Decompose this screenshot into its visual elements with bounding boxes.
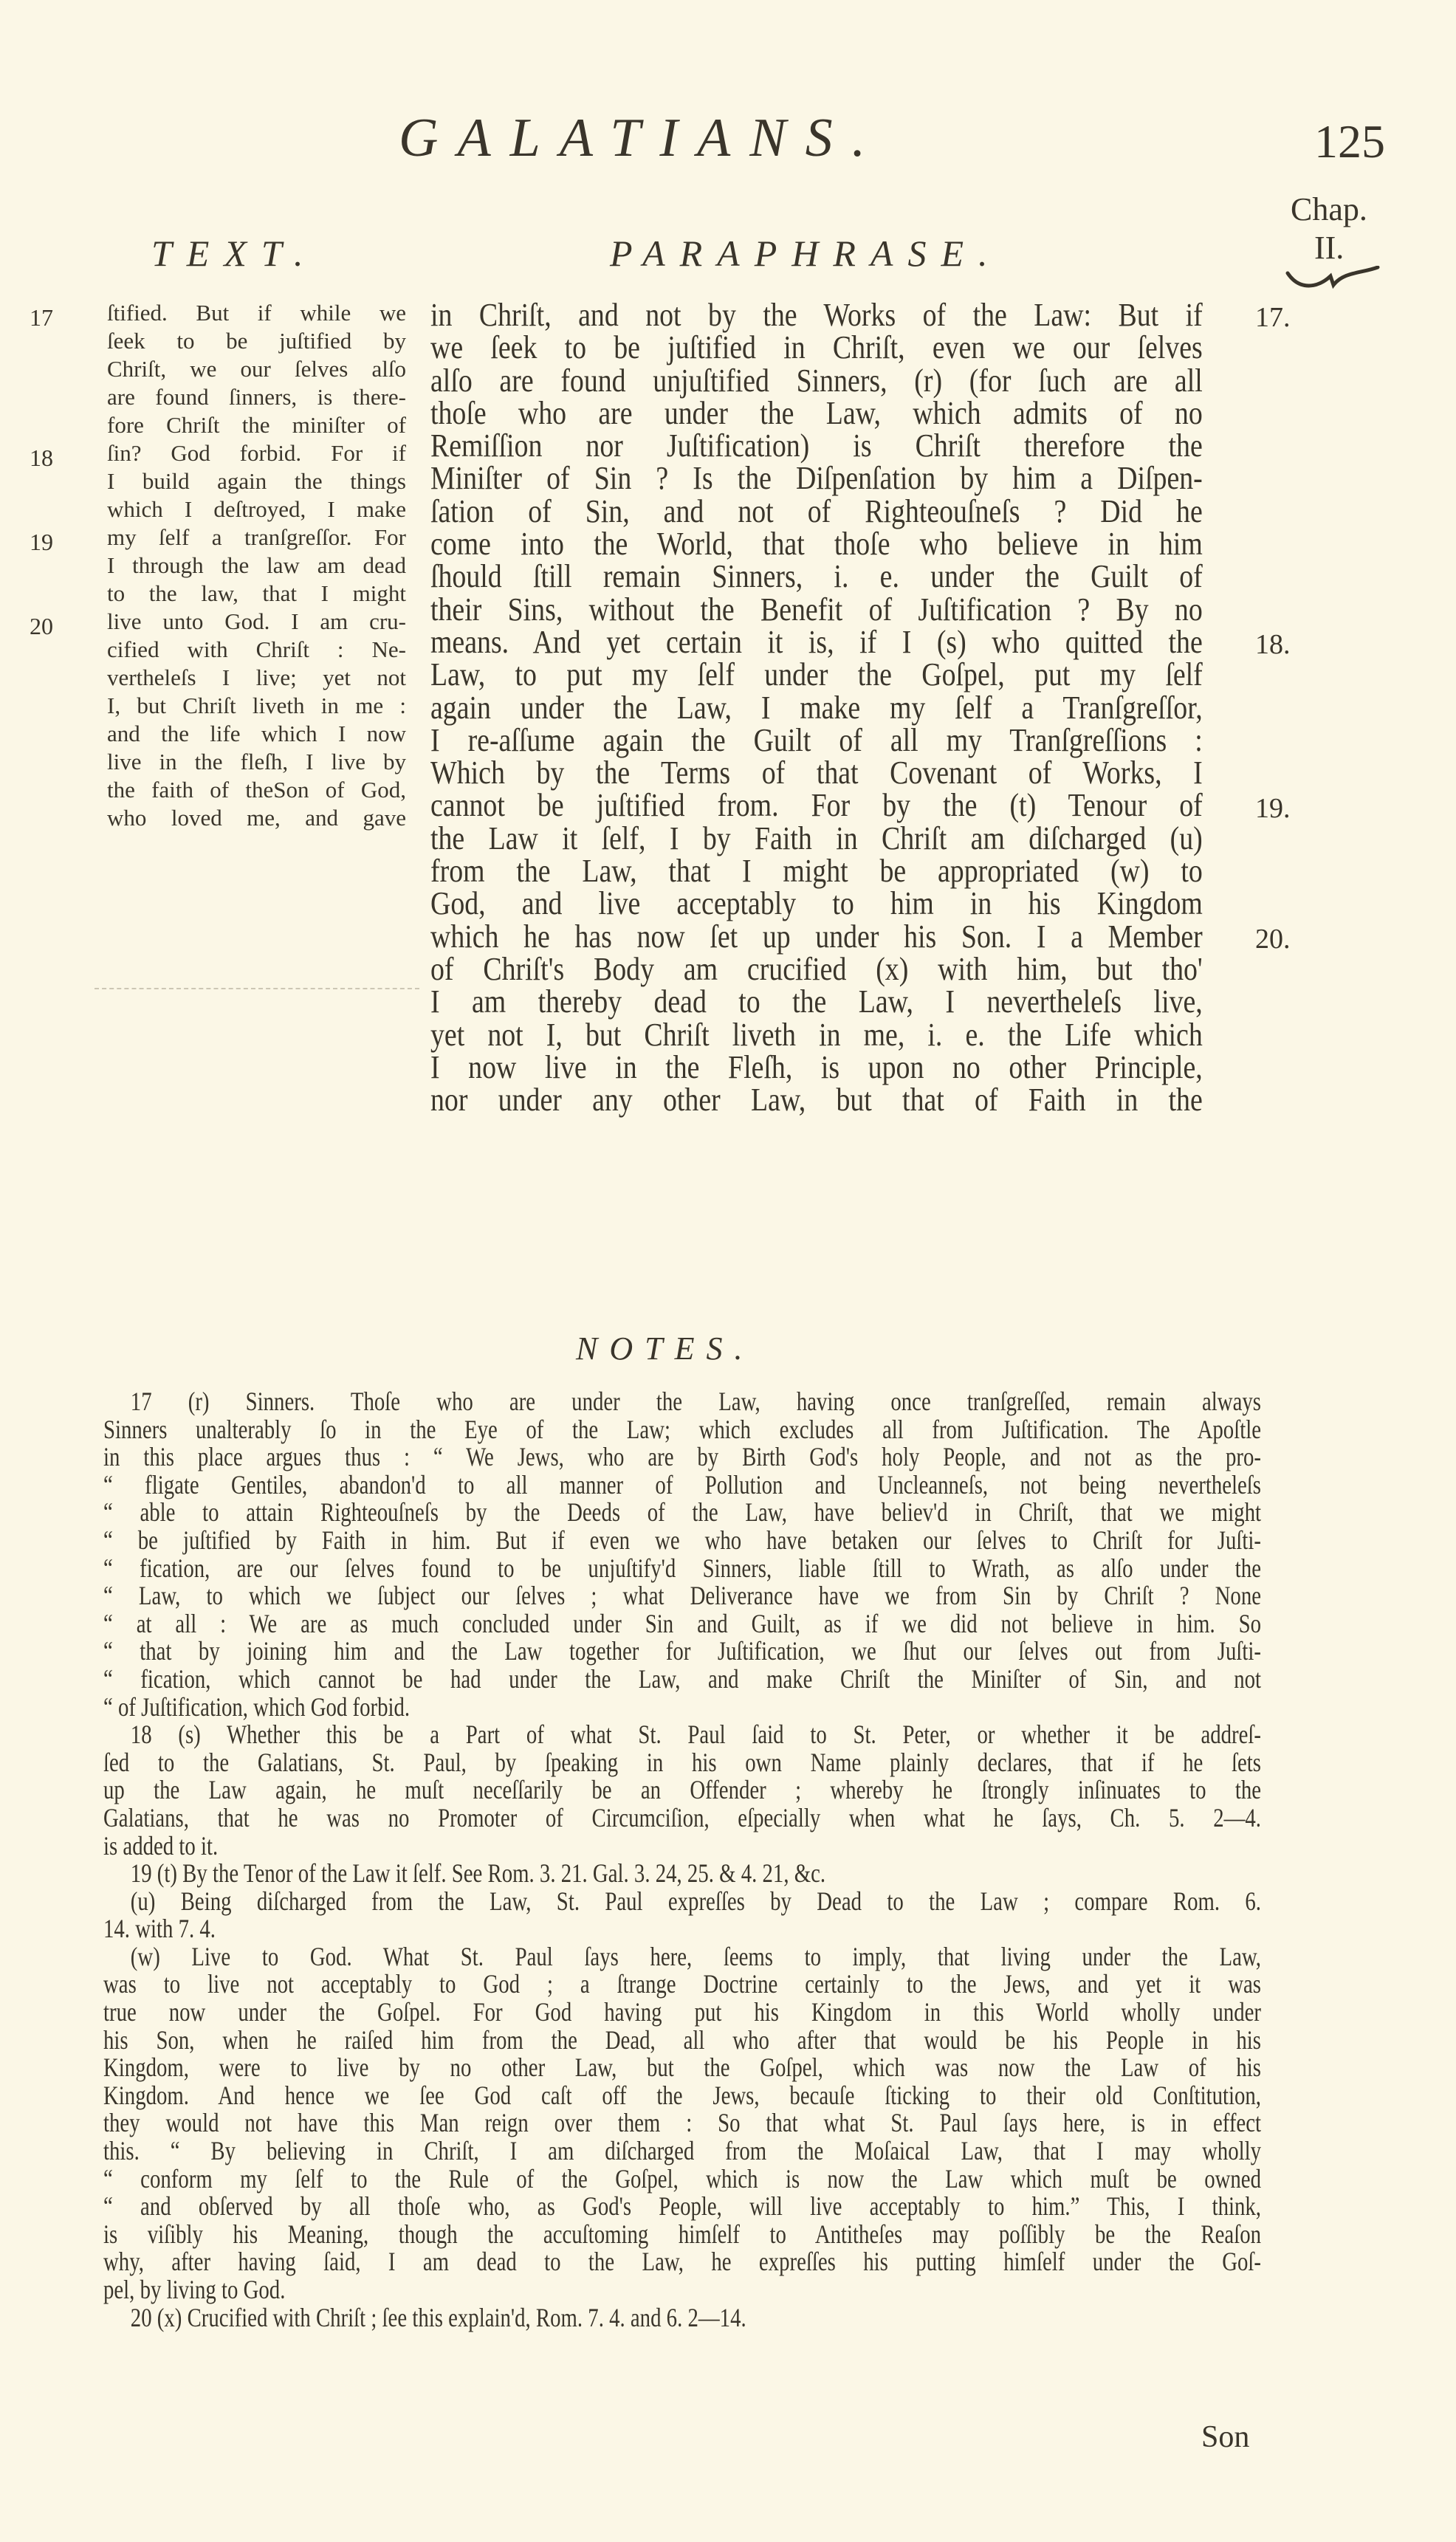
paraphrase-line: Which by the Terms of that Covenant of W… <box>430 757 1203 789</box>
page-number: 125 <box>1314 118 1385 165</box>
text-line-content: which I deſtroyed, I make <box>107 496 406 522</box>
text-line: I through the law am dead <box>30 552 406 580</box>
paraphrase-line: which he has now ſet up under his Son. I… <box>430 921 1203 953</box>
text-line: ſeek to be juſtified by <box>30 327 406 355</box>
paraphrase-line: Miniſter of Sin ? Is the Diſpenſation by… <box>430 462 1203 495</box>
note-line: ſed to the Galatians, St. Paul, by ſpeak… <box>103 1749 1261 1777</box>
note-line: 17 (r) Sinners. Thoſe who are under the … <box>103 1388 1261 1416</box>
note-line: “ of Juſtification, which God forbid. <box>103 1694 1261 1722</box>
text-line-content: are found ſinners, is there- <box>107 384 406 410</box>
text-line-content: I through the law am dead <box>107 552 406 578</box>
margin-verse-number: 20. <box>1255 925 1291 953</box>
text-line: I, but Chriſt liveth in me : <box>30 692 406 720</box>
text-line-content: live in the fleſh, I live by <box>107 749 406 774</box>
paraphrase-line: we ſeek to be juſtified in Chriſt, even … <box>430 332 1203 364</box>
paraphrase-line: the Law it ſelf, I by Faith in Chriſt am… <box>430 822 1203 855</box>
text-line: vertheleſs I live; yet not <box>30 664 406 692</box>
paraphrase-line: alſo are found unjuſtified Sinners, (r) … <box>430 365 1203 397</box>
paraphrase-line: come into the World, that thoſe who beli… <box>430 528 1203 560</box>
note-line: is added to it. <box>103 1832 1261 1861</box>
note-line: his Son, when he raiſed him from the Dea… <box>103 2027 1261 2055</box>
text-line-content: fore Chriſt the miniſter of <box>107 412 406 438</box>
text-line-content: ſin? God forbid. For if <box>107 440 406 466</box>
text-line-content: the faith of theSon of God, <box>107 777 406 803</box>
paraphrase-column: in Chriſt, and not by the Works of the L… <box>430 299 1203 1116</box>
note-line: (w) Live to God. What St. Paul ſays here… <box>103 1943 1261 1971</box>
text-line: which I deſtroyed, I make <box>30 495 406 523</box>
paraphrase-line: of Chriſt's Body am crucified (x) with h… <box>430 953 1203 986</box>
text-line-content: my ſelf a tranſgreſſor. For <box>107 524 406 550</box>
paraphrase-line: nor under any other Law, but that of Fai… <box>430 1084 1203 1116</box>
paraphrase-line: from the Law, that I might be appropriat… <box>430 855 1203 887</box>
text-line: 18ſin? God forbid. For if <box>30 439 406 467</box>
text-line-content: to the law, that I might <box>107 580 406 606</box>
note-line: this. “ By believing in Chriſt, I am diſ… <box>103 2137 1261 2165</box>
text-line: who loved me, and gave <box>30 804 406 832</box>
paraphrase-line: ſhould ſtill remain Sinners, i. e. under… <box>430 560 1203 593</box>
chapter-label: Chap. <box>1291 193 1367 226</box>
catchword: Son <box>1201 2422 1249 2453</box>
note-line: pel, by living to God. <box>103 2276 1261 2304</box>
text-line-content: I, but Chriſt liveth in me : <box>107 693 406 718</box>
paraphrase-line: I now live in the Fleſh, is upon no othe… <box>430 1051 1203 1084</box>
text-line-content: live unto God. I am cru- <box>107 608 406 634</box>
note-line: “ conform my ſelf to the Rule of the Goſ… <box>103 2165 1261 2194</box>
note-line: “ at all : We are as much concluded unde… <box>103 1610 1261 1638</box>
note-line: is viſibly his Meaning, though the accuſ… <box>103 2221 1261 2249</box>
chapter-number: II. <box>1314 232 1344 264</box>
text-line: the faith of theSon of God, <box>30 776 406 804</box>
paraphrase-line: I am thereby dead to the Law, I neverthe… <box>430 986 1203 1018</box>
paraphrase-line: cannot be juſtified from. For by the (t)… <box>430 789 1203 822</box>
note-line: 18 (s) Whether this be a Part of what St… <box>103 1721 1261 1749</box>
divider-rule <box>95 988 419 989</box>
text-line: Chriſt, we our ſelves alſo <box>30 355 406 383</box>
note-line: “ Law, to which we ſubject our ſelves ; … <box>103 1582 1261 1610</box>
note-line: “ and obſerved by all thoſe who, as God'… <box>103 2193 1261 2221</box>
note-line: “ able to attain Righteouſneſs by the De… <box>103 1499 1261 1527</box>
note-line: Kingdom, were to live by no other Law, b… <box>103 2054 1261 2082</box>
scripture-text-column: 17ſtified. But if while weſeek to be juſ… <box>30 299 406 832</box>
paraphrase-line: in Chriſt, and not by the Works of the L… <box>430 299 1203 332</box>
note-line: Galatians, that he was no Promoter of Ci… <box>103 1804 1261 1832</box>
text-line: fore Chriſt the miniſter of <box>30 411 406 439</box>
note-line: 19 (t) By the Tenor of the Law it ſelf. … <box>103 1860 1261 1888</box>
note-line: Sinners unalterably ſo in the Eye of the… <box>103 1416 1261 1444</box>
text-line: cified with Chriſt : Ne- <box>30 636 406 664</box>
paraphrase-line: Law, to put my ſelf under the Goſpel, pu… <box>430 659 1203 691</box>
text-line: 17ſtified. But if while we <box>30 299 406 327</box>
book-page: GALATIANS. 125 Chap. II. TEXT. PARAPHRAS… <box>0 0 1456 2542</box>
notes-section: 17 (r) Sinners. Thoſe who are under the … <box>103 1388 1263 2332</box>
paraphrase-line: ſation of Sin, and not of Righteouſneſs … <box>430 495 1203 528</box>
text-line-content: ſeek to be juſtified by <box>107 328 406 354</box>
note-line: 14. with 7. 4. <box>103 1915 1261 1943</box>
text-line: live in the fleſh, I live by <box>30 748 406 776</box>
notes-heading: NOTES. <box>576 1333 754 1365</box>
note-line: “ that by joining him and the Law togeth… <box>103 1638 1261 1666</box>
text-line: 20live unto God. I am cru- <box>30 608 406 636</box>
note-line: “ fligate Gentiles, abandon'd to all man… <box>103 1471 1261 1500</box>
paraphrase-line: their Sins, without the Benefit of Juſti… <box>430 594 1203 626</box>
note-line: Kingdom. And hence we ſee God caſt off t… <box>103 2082 1261 2110</box>
note-line: 20 (x) Crucified with Chriſt ; ſee this … <box>103 2304 1261 2332</box>
margin-verse-number: 17. <box>1255 303 1291 332</box>
note-line: true now under the Goſpel. For God havin… <box>103 1999 1261 2027</box>
text-line-content: ſtified. But if while we <box>107 300 406 326</box>
text-line: 19my ſelf a tranſgreſſor. For <box>30 523 406 552</box>
text-line-content: and the life which I now <box>107 721 406 746</box>
note-line: “ fication, which cannot be had under th… <box>103 1666 1261 1694</box>
note-line: “ be juſtified by Faith in him. But if e… <box>103 1527 1261 1555</box>
text-line: and the life which I now <box>30 720 406 748</box>
note-line: up the Law again, he muſt neceſſarily be… <box>103 1776 1261 1804</box>
note-line: why, after having ſaid, I am dead to the… <box>103 2248 1261 2276</box>
margin-verse-number: 18. <box>1255 631 1291 659</box>
paraphrase-line: means. And yet certain it is, if I (s) w… <box>430 626 1203 659</box>
paraphrase-column-heading: PARAPHRASE. <box>610 235 1003 272</box>
text-line-content: cified with Chriſt : Ne- <box>107 636 406 662</box>
text-line-content: vertheleſs I live; yet not <box>107 664 406 690</box>
text-column-heading: TEXT. <box>151 235 318 272</box>
text-line: I build again the things <box>30 467 406 495</box>
note-line: “ fication, are our ſelves found to be u… <box>103 1555 1261 1583</box>
text-line: are found ſinners, is there- <box>30 383 406 411</box>
note-line: was to live not acceptably to God ; a ſt… <box>103 1971 1261 1999</box>
paraphrase-line: again under the Law, I make my ſelf a Tr… <box>430 692 1203 724</box>
text-line-content: Chriſt, we our ſelves alſo <box>107 356 406 382</box>
text-line-content: who loved me, and gave <box>107 805 406 831</box>
note-line: (u) Being diſcharged from the Law, St. P… <box>103 1888 1261 1916</box>
note-line: they would not have this Man reign over … <box>103 2109 1261 2137</box>
note-line: in this place argues thus : “ We Jews, w… <box>103 1443 1261 1471</box>
margin-verse-number: 19. <box>1255 794 1291 822</box>
paraphrase-line: Remiſſion nor Juſtification) is Chriſt t… <box>430 430 1203 462</box>
running-title: GALATIANS. <box>399 111 989 165</box>
wavy-brace-ornament-icon <box>1285 266 1381 295</box>
paraphrase-line: God, and live acceptably to him in his K… <box>430 887 1203 920</box>
paraphrase-line: thoſe who are under the Law, which admit… <box>430 397 1203 430</box>
text-line: to the law, that I might <box>30 580 406 608</box>
paraphrase-line: I re-aſſume again the Guilt of all my Tr… <box>430 724 1203 757</box>
text-line-content: I build again the things <box>107 468 406 494</box>
paraphrase-line: yet not I, but Chriſt liveth in me, i. e… <box>430 1019 1203 1051</box>
